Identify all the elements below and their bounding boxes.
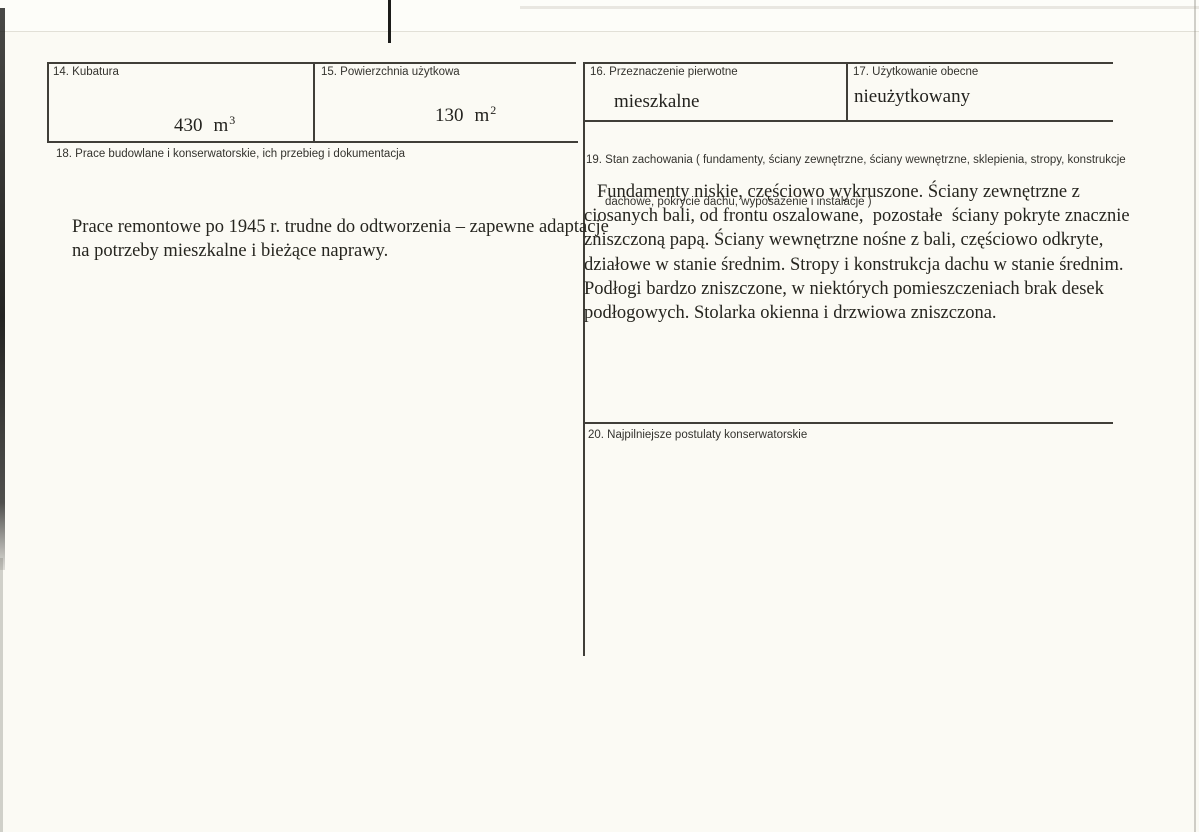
left-table-top-border: [47, 62, 576, 64]
text-line: na potrzeby mieszkalne i bieżące naprawy…: [72, 239, 609, 263]
left-table-left-border: [47, 62, 49, 143]
scan-top-seam: [0, 0, 1199, 32]
scan-edge-left-lower: [0, 558, 3, 832]
text-line: podłogowych. Stolarka okienna i drzwiowa…: [584, 301, 1130, 325]
section18-text: Prace remontowe po 1945 r. trudne do odt…: [72, 215, 609, 263]
divider-cell16-cell17: [846, 62, 848, 122]
label-line: 19. Stan zachowania ( fundamenty, ściany…: [586, 153, 1126, 167]
field-label-postulaty: 20. Najpilniejsze postulaty konserwators…: [588, 428, 807, 442]
text-line: Fundamenty niskie, częściowo wykruszone.…: [584, 180, 1130, 204]
powierzchnia-unit: m: [475, 105, 490, 126]
powierzchnia-number: 130: [435, 105, 464, 126]
text-line: Podłogi bardzo zniszczone, w niektórych …: [584, 277, 1130, 301]
scan-top-smudge: [520, 6, 1199, 9]
field-value-przeznaczenie: mieszkalne: [614, 91, 699, 113]
kubatura-unit: m: [214, 115, 229, 136]
section19-top-border: [583, 120, 1113, 122]
kubatura-exponent: 3: [229, 113, 235, 127]
scan-edge-left: [0, 8, 5, 570]
field-value-uzytkowanie: nieużytkowany: [854, 86, 970, 108]
text-line: działowe w stanie średnim. Stropy i kons…: [584, 253, 1130, 277]
field-value-powierzchnia: 130m2: [416, 83, 496, 149]
field-label-uzytkowanie: 17. Użytkowanie obecne: [853, 65, 978, 79]
scan-edge-right: [1194, 0, 1196, 832]
field-label-powierzchnia: 15. Powierzchnia użytkowa: [321, 65, 460, 79]
text-line: zniszczoną papą. Ściany wewnętrzne nośne…: [584, 228, 1130, 252]
field-label-przeznaczenie: 16. Przeznaczenie pierwotne: [590, 65, 738, 79]
divider-cell14-cell15: [313, 62, 315, 143]
text-line: Prace remontowe po 1945 r. trudne do odt…: [72, 215, 609, 239]
scan-fold-mark: [388, 0, 391, 43]
text-line: ciosanych bali, od frontu oszalowane, po…: [584, 204, 1130, 228]
field-label-kubatura: 14. Kubatura: [53, 65, 119, 79]
powierzchnia-exponent: 2: [490, 103, 496, 117]
field-label-prace-budowlane: 18. Prace budowlane i konserwatorskie, i…: [56, 147, 405, 161]
section20-top-border: [583, 422, 1113, 424]
center-divider: [583, 62, 585, 656]
right-table-top-border: [583, 62, 1113, 64]
scanned-form-page: 14. Kubatura 430m3 15. Powierzchnia użyt…: [0, 0, 1199, 832]
section18-top-border: [47, 141, 578, 143]
section19-text: Fundamenty niskie, częściowo wykruszone.…: [584, 180, 1130, 325]
kubatura-number: 430: [174, 115, 203, 136]
